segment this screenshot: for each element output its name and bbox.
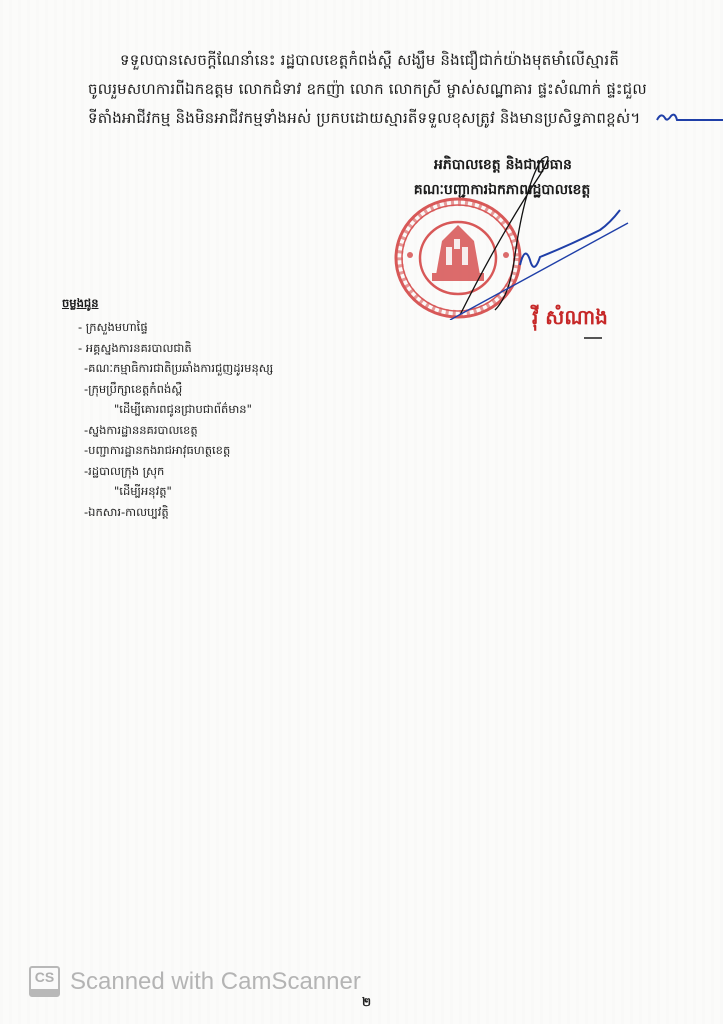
cc-item: - ក្រសួងមហាផ្ទៃ: [62, 317, 273, 338]
cc-item: -គណៈកម្មាធិការជាតិប្រឆាំងការជួញដូរមនុស្ស: [62, 358, 273, 379]
camscanner-logo-icon: CS: [29, 966, 60, 997]
cc-item: -ស្នងការដ្ឋាននគរបាលខេត្ត: [62, 420, 273, 441]
cc-item: - អគ្គស្នងការនគរបាលជាតិ: [62, 338, 273, 359]
body-line: ទទួលបានសេចក្តីណែនាំនេះ រដ្ឋបាលខេត្តកំពង់…: [88, 46, 688, 75]
page-number: ២: [362, 994, 371, 1012]
cc-item-note: "ដើម្បីអនុវត្ត": [62, 481, 273, 502]
name-underline: [584, 337, 602, 339]
body-paragraph: ទទួលបានសេចក្តីណែនាំនេះ រដ្ឋបាលខេត្តកំពង់…: [88, 46, 688, 133]
cc-item-note: "ដើម្បីគោរពជូនជ្រាបជាព័ត៌មាន": [62, 399, 273, 420]
cc-title: ចម្លងជូន: [62, 296, 273, 313]
signatory-name: វ៉ី សំណាង: [532, 304, 608, 334]
watermark-text: Scanned with CamScanner: [70, 968, 361, 996]
cc-distribution-list: ចម្លងជូន - ក្រសួងមហាផ្ទៃ - អគ្គស្នងការនគ…: [62, 296, 273, 522]
document-page: ទទួលបានសេចក្តីណែនាំនេះ រដ្ឋបាលខេត្តកំពង់…: [0, 0, 723, 1024]
cc-item: -រដ្ឋបាលក្រុង ស្រុក: [62, 461, 273, 482]
cc-item: -ឯកសារ-កាលប្បវត្តិ: [62, 502, 273, 523]
handwritten-ink-mark-icon: [655, 108, 723, 128]
cc-item: -ក្រុមប្រឹក្សាខេត្តកំពង់ស្ពឺ: [62, 379, 273, 400]
handwritten-signature-icon: [430, 145, 630, 320]
camscanner-watermark: CS Scanned with CamScanner: [29, 966, 361, 997]
body-line: ទីតាំងអាជីវកម្ម និងមិនអាជីវកម្មទាំងអស់ ប…: [88, 104, 688, 133]
body-line: ចូលរួមសហការពីឯកឧត្តម លោកជំទាវ ឧកញ៉ា លោក …: [88, 75, 688, 104]
cc-item: -បញ្ជាការដ្ឋានកងរាជអាវុធហត្ថខេត្ត: [62, 440, 273, 461]
